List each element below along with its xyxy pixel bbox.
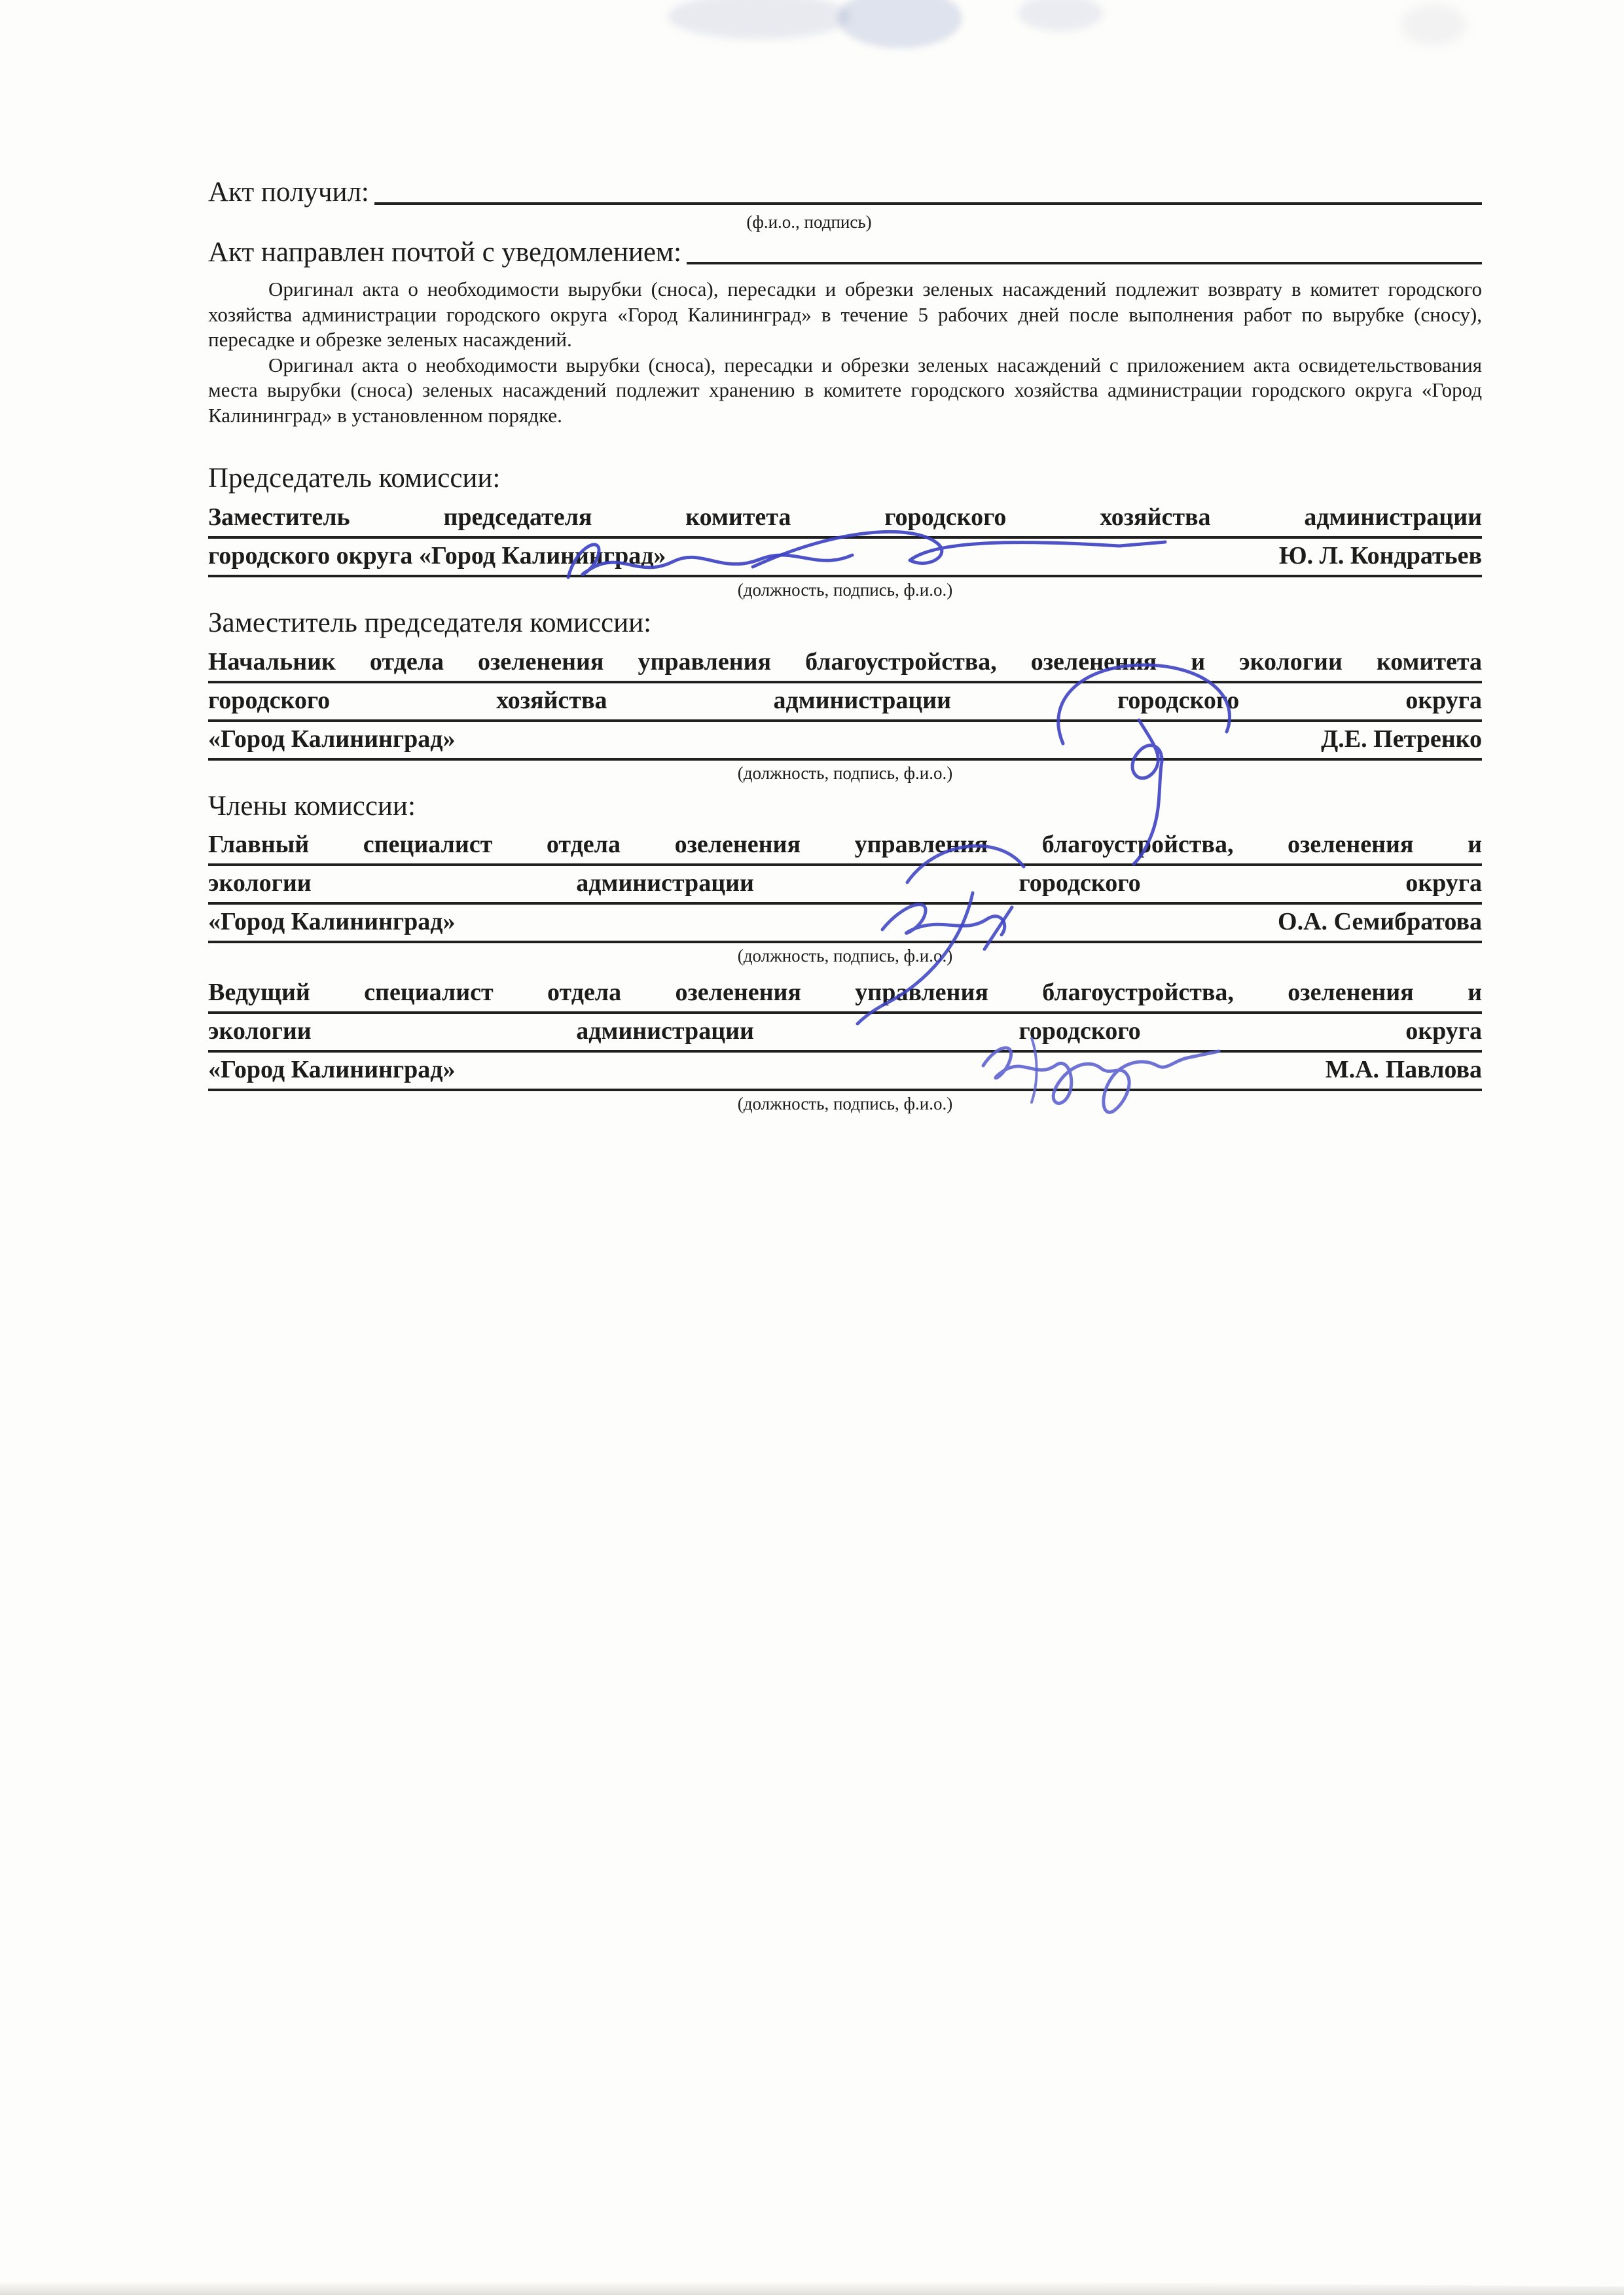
position-signature-hint: (должность, подпись, ф.и.о.) <box>208 946 1482 966</box>
role-heading-deputy-chairman: Заместитель председателя комиссии: <box>208 605 1482 641</box>
act-mailed-blank-line <box>687 251 1482 264</box>
document-content: Акт получил: (ф.и.о., подпись) Акт напра… <box>208 175 1482 1114</box>
scan-smudge <box>1018 0 1103 31</box>
act-mailed-row: Акт направлен почтой с уведомлением: <box>208 236 1482 270</box>
position-title-last-line: «Город Калининград» О.А. Семибратова <box>208 906 1482 943</box>
scan-paper-edge <box>0 2265 1624 2295</box>
scan-smudge <box>1401 4 1466 46</box>
signatory-block-kondratyev: Заместитель председателя комитета городс… <box>208 501 1482 600</box>
position-title-fragment: городского округа «Город Калининград» <box>208 540 666 571</box>
paragraph-original-return: Оригинал акта о необходимости вырубки (с… <box>208 277 1482 353</box>
position-title-line: Начальник отдела озеленения управления б… <box>208 646 1482 683</box>
scanned-act-page: Акт получил: (ф.и.о., подпись) Акт напра… <box>0 0 1624 2295</box>
act-received-row: Акт получил: <box>208 175 1482 209</box>
position-title-last-line: «Город Калининград» Д.Е. Петренко <box>208 723 1482 761</box>
fio-signature-hint: (ф.и.о., подпись) <box>172 212 1446 232</box>
position-signature-hint: (должность, подпись, ф.и.о.) <box>208 580 1482 600</box>
signatory-block-petrenko: Начальник отдела озеленения управления б… <box>208 646 1482 784</box>
paragraph-original-storage: Оригинал акта о необходимости вырубки (с… <box>208 353 1482 429</box>
signatory-name: М.А. Павлова <box>1326 1054 1482 1085</box>
position-title-line: Ведущий специалист отдела озеленения упр… <box>208 977 1482 1014</box>
position-signature-hint: (должность, подпись, ф.и.о.) <box>208 763 1482 784</box>
signatory-name: О.А. Семибратова <box>1278 906 1482 937</box>
signatory-name: Д.Е. Петренко <box>1321 723 1482 755</box>
signatory-block-semibratova: Главный специалист отдела озеленения упр… <box>208 829 1482 966</box>
position-title-last-line: городского округа «Город Калининград» Ю.… <box>208 540 1482 577</box>
position-title-fragment: «Город Калининград» <box>208 723 456 755</box>
position-title-line: Главный специалист отдела озеленения упр… <box>208 829 1482 866</box>
position-title-line: Заместитель председателя комитета городс… <box>208 501 1482 539</box>
position-signature-hint: (должность, подпись, ф.и.о.) <box>208 1094 1482 1114</box>
act-mailed-label: Акт направлен почтой с уведомлением: <box>208 236 681 270</box>
position-title-line: экологии администрации городского округа <box>208 867 1482 905</box>
signatory-name: Ю. Л. Кондратьев <box>1279 540 1482 571</box>
position-title-fragment: «Город Калининград» <box>208 1054 456 1085</box>
position-title-line: городского хозяйства администрации город… <box>208 685 1482 722</box>
act-received-label: Акт получил: <box>208 175 369 209</box>
role-heading-members: Члены комиссии: <box>208 789 1482 824</box>
scan-smudge <box>668 0 851 39</box>
position-title-last-line: «Город Калининград» М.А. Павлова <box>208 1054 1482 1091</box>
position-title-line: экологии администрации городского округа <box>208 1015 1482 1053</box>
scan-smudge <box>838 0 962 48</box>
act-received-blank-line <box>374 192 1482 205</box>
position-title-fragment: «Город Калининград» <box>208 906 456 937</box>
signatory-block-pavlova: Ведущий специалист отдела озеленения упр… <box>208 977 1482 1114</box>
role-heading-chairman: Председатель комиссии: <box>208 461 1482 496</box>
